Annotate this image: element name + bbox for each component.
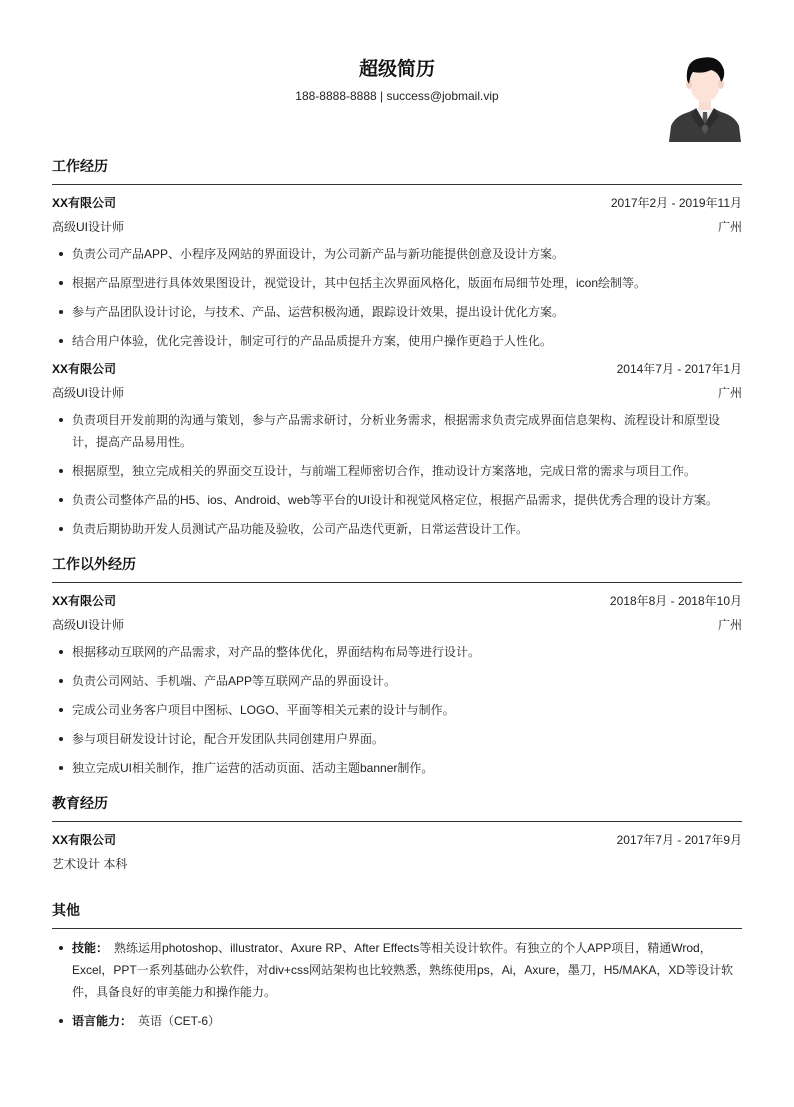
bullet-item: 参与项目研发设计讨论，配合开发团队共同创建用户界面。 bbox=[52, 728, 742, 750]
skills-item: 技能：熟练运用photoshop、illustrator、Axure RP、Af… bbox=[52, 937, 742, 1003]
entry-dates: 2018年8月 - 2018年10月 bbox=[610, 591, 742, 615]
section-divider bbox=[52, 184, 742, 185]
education-section: 教育经历 XX有限公司 2017年7月 - 2017年9月 艺术设计 本科 bbox=[52, 791, 742, 878]
school-name: XX有限公司 bbox=[52, 830, 116, 854]
person-avatar-icon bbox=[667, 50, 743, 142]
bullet-item: 负责公司整体产品的H5、ios、Android、web等平台的UI设计和视觉风格… bbox=[52, 489, 742, 511]
job-location: 广州 bbox=[718, 217, 742, 241]
education-entry: XX有限公司 2017年7月 - 2017年9月 艺术设计 本科 bbox=[52, 830, 742, 878]
section-title: 工作经历 bbox=[52, 154, 742, 178]
section-divider bbox=[52, 582, 742, 583]
job-location: 广州 bbox=[718, 615, 742, 639]
entry-header-row: XX有限公司 2017年2月 - 2019年11月 bbox=[52, 193, 742, 217]
company-name: XX有限公司 bbox=[52, 591, 116, 615]
entry-subheader-row: 高级UI设计师 广州 bbox=[52, 383, 742, 407]
bullet-item: 参与产品团队设计讨论，与技术、产品、运营积极沟通，跟踪设计效果，提出设计优化方案… bbox=[52, 301, 742, 323]
entry-dates: 2017年7月 - 2017年9月 bbox=[617, 830, 742, 854]
bullet-item: 负责项目开发前期的沟通与策划，参与产品需求研讨，分析业务需求，根据需求负责完成界… bbox=[52, 409, 742, 453]
bullet-item: 负责公司网站、手机端、产品APP等互联网产品的界面设计。 bbox=[52, 670, 742, 692]
entry-header-row: XX有限公司 2014年7月 - 2017年1月 bbox=[52, 359, 742, 383]
entry-subheader-row: 高级UI设计师 广州 bbox=[52, 615, 742, 639]
major-degree: 艺术设计 本科 bbox=[52, 854, 127, 878]
section-title: 其他 bbox=[52, 898, 742, 922]
bullet-item: 独立完成UI相关制作，推广运营的活动页面、活动主题banner制作。 bbox=[52, 757, 742, 779]
other-section: 其他 技能：熟练运用photoshop、illustrator、Axure RP… bbox=[52, 898, 742, 1032]
job-role: 高级UI设计师 bbox=[52, 217, 124, 241]
resume-page: 超级简历 188-8888-8888 | success@jobmail.vip bbox=[52, 0, 742, 1039]
language-label: 语言能力： bbox=[72, 1014, 132, 1028]
section-divider bbox=[52, 821, 742, 822]
bullet-item: 结合用户体验，优化完善设计，制定可行的产品品质提升方案，使用户操作更趋于人性化。 bbox=[52, 330, 742, 352]
company-name: XX有限公司 bbox=[52, 359, 116, 383]
job-role: 高级UI设计师 bbox=[52, 383, 124, 407]
bullet-list: 负责项目开发前期的沟通与策划，参与产品需求研讨，分析业务需求，根据需求负责完成界… bbox=[52, 409, 742, 540]
bullet-item: 完成公司业务客户项目中图标、LOGO、平面等相关元素的设计与制作。 bbox=[52, 699, 742, 721]
extra-entry: XX有限公司 2018年8月 - 2018年10月 高级UI设计师 广州 根据移… bbox=[52, 591, 742, 779]
job-role: 高级UI设计师 bbox=[52, 615, 124, 639]
entry-header-row: XX有限公司 2018年8月 - 2018年10月 bbox=[52, 591, 742, 615]
work-entry: XX有限公司 2017年2月 - 2019年11月 高级UI设计师 广州 负责公… bbox=[52, 193, 742, 352]
bullet-list: 负责公司产品APP、小程序及网站的界面设计，为公司新产品与新功能提供创意及设计方… bbox=[52, 243, 742, 352]
entry-header-row: XX有限公司 2017年7月 - 2017年9月 bbox=[52, 830, 742, 854]
resume-header: 超级简历 188-8888-8888 | success@jobmail.vip bbox=[52, 0, 742, 150]
entry-dates: 2017年2月 - 2019年11月 bbox=[611, 193, 742, 217]
skills-text: 熟练运用photoshop、illustrator、Axure RP、After… bbox=[72, 941, 733, 999]
language-text: 英语（CET-6） bbox=[138, 1014, 220, 1028]
section-title: 工作以外经历 bbox=[52, 552, 742, 576]
bullet-item: 负责公司产品APP、小程序及网站的界面设计，为公司新产品与新功能提供创意及设计方… bbox=[52, 243, 742, 265]
resume-name: 超级简历 bbox=[52, 54, 742, 81]
bullet-list: 根据移动互联网的产品需求，对产品的整体优化，界面结构布局等进行设计。 负责公司网… bbox=[52, 641, 742, 779]
company-name: XX有限公司 bbox=[52, 193, 116, 217]
bullet-item: 根据原型，独立完成相关的界面交互设计，与前端工程师密切合作，推动设计方案落地，完… bbox=[52, 460, 742, 482]
bullet-item: 根据产品原型进行具体效果图设计，视觉设计，其中包括主次界面风格化，版面布局细节处… bbox=[52, 272, 742, 294]
work-experience-section: 工作经历 XX有限公司 2017年2月 - 2019年11月 高级UI设计师 广… bbox=[52, 154, 742, 540]
entry-subheader-row: 高级UI设计师 广州 bbox=[52, 217, 742, 241]
job-location: 广州 bbox=[718, 383, 742, 407]
entry-dates: 2014年7月 - 2017年1月 bbox=[617, 359, 742, 383]
bullet-item: 负责后期协助开发人员测试产品功能及验收，公司产品迭代更新，日常运营设计工作。 bbox=[52, 518, 742, 540]
contact-info: 188-8888-8888 | success@jobmail.vip bbox=[52, 89, 742, 103]
language-item: 语言能力：英语（CET-6） bbox=[52, 1010, 742, 1032]
skills-label: 技能： bbox=[72, 941, 108, 955]
bullet-list: 技能：熟练运用photoshop、illustrator、Axure RP、Af… bbox=[52, 937, 742, 1032]
section-title: 教育经历 bbox=[52, 791, 742, 815]
section-divider bbox=[52, 928, 742, 929]
bullet-item: 根据移动互联网的产品需求，对产品的整体优化，界面结构布局等进行设计。 bbox=[52, 641, 742, 663]
extra-experience-section: 工作以外经历 XX有限公司 2018年8月 - 2018年10月 高级UI设计师… bbox=[52, 552, 742, 779]
work-entry: XX有限公司 2014年7月 - 2017年1月 高级UI设计师 广州 负责项目… bbox=[52, 359, 742, 540]
entry-subheader-row: 艺术设计 本科 bbox=[52, 854, 742, 878]
